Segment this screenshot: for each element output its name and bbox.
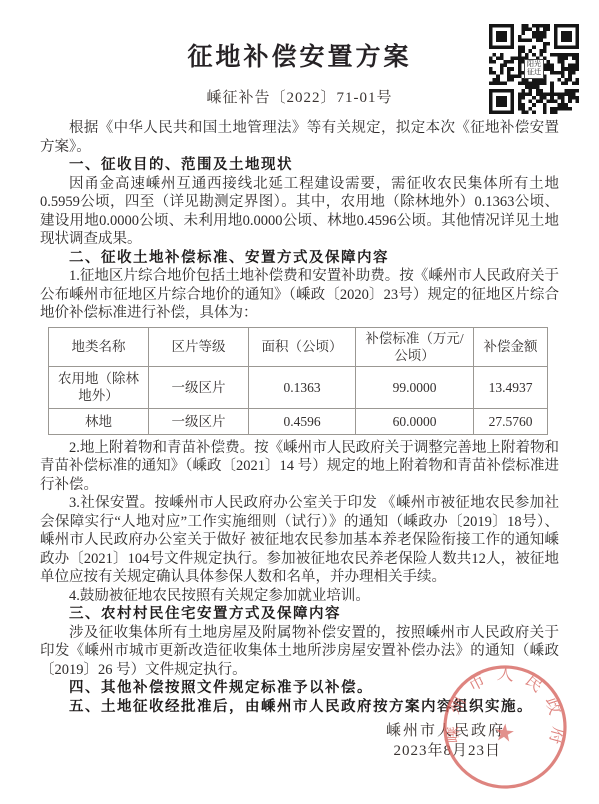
- col-header-amount: 补偿金额: [474, 327, 548, 366]
- paragraph-section2-item1: 1.征地区片综合地价包括土地补偿费和安置补助费。按《嵊州市人民政府关于公布嵊州市…: [40, 267, 559, 323]
- cell-amount: 27.5760: [474, 408, 548, 434]
- table-row: 林地 一级区片 0.4596 60.0000 27.5760: [49, 408, 548, 434]
- cell-standard: 60.0000: [356, 408, 474, 434]
- cell-land-type: 林地: [49, 408, 149, 434]
- col-header-land-type: 地类名称: [49, 327, 149, 366]
- qr-label-line1: 阳光: [527, 61, 541, 69]
- official-seal: 嵊州市人民政府 ★: [441, 663, 569, 791]
- page-title: 征地补偿安置方案: [40, 44, 559, 71]
- document-page: 阳光 征迁 征地补偿安置方案 嵊征补告〔2022〕71-01号 根据《中华人民共…: [0, 0, 599, 804]
- cell-area: 0.1363: [249, 366, 356, 408]
- section-heading-3: 三、农村村民住宅安置方式及保障内容: [40, 605, 559, 624]
- cell-standard: 99.0000: [356, 366, 474, 408]
- doc-number: 嵊征补告〔2022〕71-01号: [40, 88, 559, 108]
- qr-label-line2: 征迁: [527, 69, 541, 77]
- star-icon: ★: [492, 720, 516, 748]
- paragraph-section2-item2: 2.地上附着物和青苗补偿费。按《嵊州市人民政府关于调整完善地上附着物和青苗补偿标…: [40, 439, 559, 495]
- section-heading-2: 二、征收土地补偿标准、安置方式及保障内容: [40, 249, 559, 268]
- qr-center-label: 阳光 征迁: [524, 59, 544, 79]
- cell-land-type: 农用地（除林地外）: [49, 366, 149, 408]
- paragraph-section2-item4: 4.鼓励被征地农民按照有关规定参加就业培训。: [40, 587, 559, 606]
- qr-code: 阳光 征迁: [489, 24, 579, 114]
- compensation-table: 地类名称 区片等级 面积（公顷） 补偿标准（万元/公顷） 补偿金额 农用地（除林…: [48, 327, 548, 435]
- paragraph-section2-item3: 3.社保安置。按嵊州市人民政府办公室关于印发 《嵊州市被征地农民参加社会保障实行…: [40, 494, 559, 587]
- col-header-zone-grade: 区片等级: [149, 327, 249, 366]
- table-header-row: 地类名称 区片等级 面积（公顷） 补偿标准（万元/公顷） 补偿金额: [49, 327, 548, 366]
- col-header-standard: 补偿标准（万元/公顷）: [356, 327, 474, 366]
- paragraph-intro: 根据《中华人民共和国土地管理法》等有关规定，拟定本次《征地补偿安置方案》。: [40, 119, 559, 156]
- paragraph-section1: 因甬金高速嵊州互通西接线北延工程建设需要，需征收农民集体所有土地0.5959公顷…: [40, 175, 559, 249]
- cell-amount: 13.4937: [474, 366, 548, 408]
- cell-zone-grade: 一级区片: [149, 408, 249, 434]
- col-header-area: 面积（公顷）: [249, 327, 356, 366]
- cell-area: 0.4596: [249, 408, 356, 434]
- section-heading-1: 一、征收目的、范围及土地现状: [40, 156, 559, 175]
- cell-zone-grade: 一级区片: [149, 366, 249, 408]
- table-row: 农用地（除林地外） 一级区片 0.1363 99.0000 13.4937: [49, 366, 548, 408]
